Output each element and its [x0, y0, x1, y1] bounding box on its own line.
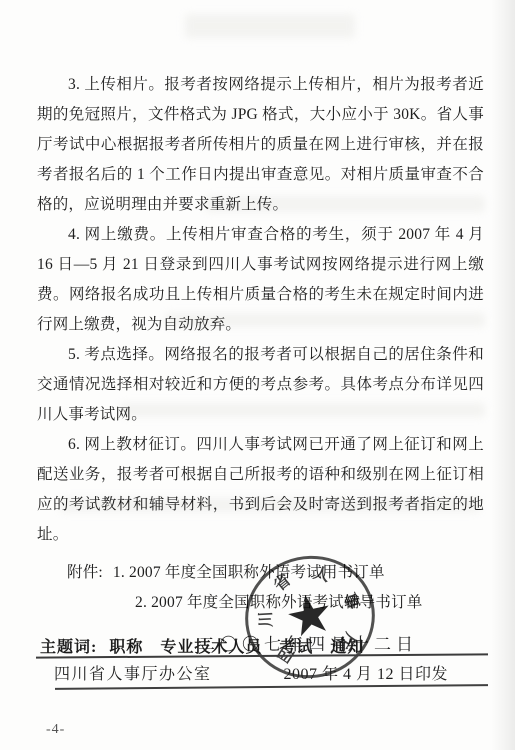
scan-artifact — [185, 14, 355, 38]
issuing-office: 四川省人事厅办公室 — [36, 661, 212, 684]
seal-character: 事 — [339, 590, 362, 613]
page-number: -4- — [46, 722, 65, 738]
seal-character: 川 — [258, 610, 277, 629]
print-date: 2007 年 4 月 12 日印发 — [283, 661, 448, 684]
body-paragraph: 6. 网上教材征订。四川人事考试网已开通了网上征订和网上配送业务，报考者可根据自… — [37, 430, 484, 550]
body-paragraph: 4. 网上缴费。上传相片审查合格的考生，须于 2007 年 4 月 16 日—5… — [37, 220, 484, 340]
attachments-label: 附件: — [67, 558, 103, 588]
scan-edge-shadow — [491, 0, 515, 750]
subject-label: 主题词: — [40, 639, 97, 656]
scanned-document-page: 3. 上传相片。报考者按网络提示上传相片，相片为报考者近期的免冠照片，文件格式为… — [0, 0, 515, 750]
body-paragraph: 3. 上传相片。报考者按网络提示上传相片，相片为报考者近期的免冠照片，文件格式为… — [37, 70, 484, 220]
document-body: 3. 上传相片。报考者按网络提示上传相片，相片为报考者近期的免冠照片，文件格式为… — [37, 70, 484, 660]
body-paragraph: 5. 考点选择。网络报名的报考者可以根据自己的居住条件和交通情况选择相对较近和方… — [37, 340, 484, 430]
subject-terms: 职称 专业技术人员 考试 通知 — [109, 639, 364, 656]
issuer-row: 四川省人事厅办公室 2007 年 4 月 12 日印发 — [36, 659, 488, 685]
